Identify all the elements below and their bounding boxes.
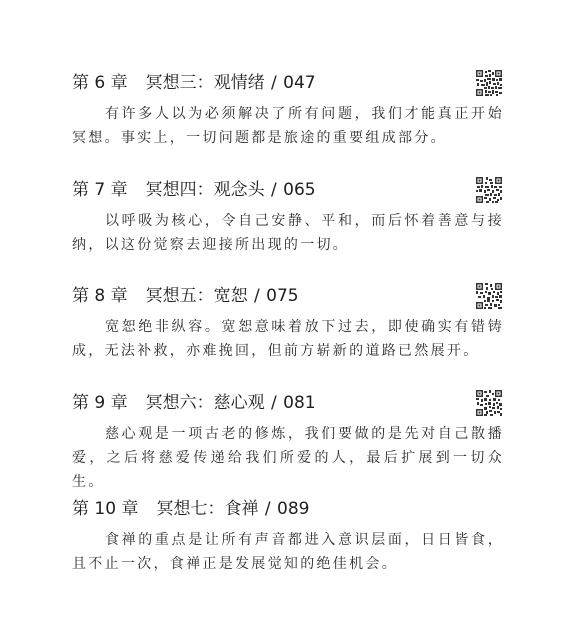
chapter-number: 第 8 章 xyxy=(72,286,128,306)
page-separator: / xyxy=(271,393,277,413)
book-page: 第 6 章冥想三：观情绪 / 047 有许多人以为必须解决了所有问题，我们才能真… xyxy=(0,0,563,630)
chapter-title: 冥想三：观情绪 xyxy=(146,73,265,93)
chapter-title: 冥想五：宽恕 xyxy=(146,286,248,306)
chapter-title: 冥想七：食禅 xyxy=(156,499,258,519)
page-separator: / xyxy=(265,499,271,519)
page-number: 075 xyxy=(266,286,298,306)
chapter-heading: 第 6 章冥想三：观情绪 / 047 xyxy=(72,72,504,94)
chapter-heading: 第 7 章冥想四：观念头 / 065 xyxy=(72,179,504,201)
chapter-heading: 第 10 章冥想七：食禅 / 089 xyxy=(72,498,504,520)
chapter-number: 第 9 章 xyxy=(72,393,128,413)
page-separator: / xyxy=(271,180,277,200)
chapter-entry-8: 第 8 章冥想五：宽恕 / 075 宽恕绝非纵容。宽恕意味着放下过去，即使确实有… xyxy=(72,285,504,363)
chapter-entry-10: 第 10 章冥想七：食禅 / 089 食禅的重点是让所有声音都进入意识层面，日日… xyxy=(72,498,504,576)
chapter-number: 第 6 章 xyxy=(72,73,128,93)
qr-code-icon[interactable] xyxy=(476,70,502,96)
chapter-entry-9: 第 9 章冥想六：慈心观 / 081 慈心观是一项古老的修炼，我们要做的是先对自… xyxy=(72,392,504,494)
page-number: 089 xyxy=(277,499,309,519)
page-separator: / xyxy=(254,286,260,306)
page-number: 081 xyxy=(283,393,315,413)
page-number: 047 xyxy=(283,73,315,93)
chapter-heading: 第 8 章冥想五：宽恕 / 075 xyxy=(72,285,504,307)
chapter-title: 冥想六：慈心观 xyxy=(146,393,265,413)
chapter-entry-7: 第 7 章冥想四：观念头 / 065 以呼吸为核心，令自己安静、平和，而后怀着善… xyxy=(72,179,504,257)
chapter-title: 冥想四：观念头 xyxy=(146,180,265,200)
qr-code-icon[interactable] xyxy=(476,177,502,203)
chapter-heading: 第 9 章冥想六：慈心观 / 081 xyxy=(72,392,504,414)
chapter-summary: 以呼吸为核心，令自己安静、平和，而后怀着善意与接纳，以这份觉察去迎接所出现的一切… xyxy=(72,209,504,257)
chapter-summary: 有许多人以为必须解决了所有问题，我们才能真正开始冥想。事实上，一切问题都是旅途的… xyxy=(72,102,504,150)
qr-code-icon[interactable] xyxy=(476,283,502,309)
chapter-number: 第 10 章 xyxy=(72,499,138,519)
chapter-number: 第 7 章 xyxy=(72,180,128,200)
chapter-summary: 食禅的重点是让所有声音都进入意识层面，日日皆食，且不止一次，食禅正是发展觉知的绝… xyxy=(72,528,504,576)
chapter-entry-6: 第 6 章冥想三：观情绪 / 047 有许多人以为必须解决了所有问题，我们才能真… xyxy=(72,72,504,150)
page-separator: / xyxy=(271,73,277,93)
page-number: 065 xyxy=(283,180,315,200)
chapter-summary: 慈心观是一项古老的修炼，我们要做的是先对自己散播爱，之后将慈爱传递给我们所爱的人… xyxy=(72,422,504,494)
qr-code-icon[interactable] xyxy=(476,390,502,416)
chapter-summary: 宽恕绝非纵容。宽恕意味着放下过去，即使确实有错铸成，无法补救，亦难挽回，但前方崭… xyxy=(72,315,504,363)
